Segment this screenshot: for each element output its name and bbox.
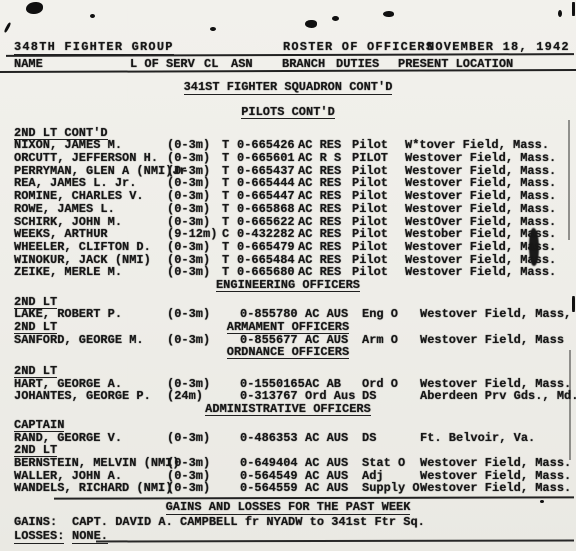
row-serv: (0-3m) xyxy=(167,308,210,321)
row-loc: Westover Field, Mass. xyxy=(405,203,556,216)
row-name: WEEKS, ARTHUR xyxy=(14,228,108,241)
col-header-cl: CL xyxy=(204,57,218,71)
row-serv: (0-3m) xyxy=(167,152,210,165)
row-cl: T xyxy=(222,190,229,203)
row-duty: Pilot xyxy=(352,228,388,241)
row-cl: T xyxy=(222,241,229,254)
row-loc: Westover Field, Mass. xyxy=(405,241,556,254)
section-heading: ORDNANCE OFFICERS xyxy=(227,346,349,359)
row-duty: Supply O xyxy=(362,482,420,495)
row-name: JOHANTES, GEORGE P. xyxy=(14,390,151,403)
row-asn: 0-665868 xyxy=(237,203,295,216)
row-serv: (9-12m) xyxy=(167,228,217,241)
row-duty: Stat O xyxy=(362,457,405,470)
row-serv: (0-3m) xyxy=(167,266,210,279)
roster-row: ORCUTT, JEFFERSON H.(0-3m)T0-665601AC R … xyxy=(0,152,576,165)
row-duty: Pilot xyxy=(352,241,388,254)
row-branch: AC R S xyxy=(298,152,341,165)
row-serv: (24m) xyxy=(167,390,203,403)
row-serv: (0-3m) xyxy=(167,432,210,445)
row-name: ROWE, JAMES L. xyxy=(14,203,115,216)
col-header-asn: ASN xyxy=(231,57,253,71)
row-loc: Westover Field, Mass xyxy=(420,334,564,347)
squadron-heading-line: 341ST FIGHTER SQUADRON CONT'D xyxy=(0,80,576,95)
row-serv: (0-3m) xyxy=(167,482,210,495)
roster-row: ROWE, JAMES L.(0-3m)T0-665868AC RESPilot… xyxy=(0,203,576,216)
ink-speck xyxy=(332,16,339,21)
row-serv: (0-3m) xyxy=(167,334,210,347)
section-heading-line: ADMINISTRATIVE OFFICERS xyxy=(0,403,576,416)
ink-speck xyxy=(210,27,216,31)
roster-row: WEEKS, ARTHUR(9-12m)C0-432282AC RESPilot… xyxy=(0,228,576,241)
row-duty: DS xyxy=(362,432,376,445)
row-duty: Pilot xyxy=(352,203,388,216)
ink-speck xyxy=(305,20,317,28)
row-branch: AC RES xyxy=(298,241,341,254)
row-name: BERNSTEIN, MELVIN (NMI) xyxy=(14,457,180,470)
roster-body: PILOTS CONT'D2ND LT CONT'DNIXON, JAMES M… xyxy=(0,106,576,495)
row-loc: Westober Field, Mass. xyxy=(405,228,556,241)
row-name: SANFORD, GEORGE M. xyxy=(14,334,144,347)
ink-speck xyxy=(383,11,394,17)
row-name: ZEIKE, MERLE M. xyxy=(14,266,122,279)
section-heading-line: PILOTS CONT'D xyxy=(0,106,576,119)
gains-value: CAPT. DAVID A. CAMPBELL fr NYADW to 341s… xyxy=(72,515,425,529)
col-header-serv: L OF SERV xyxy=(130,57,195,71)
row-branch: AC AUS xyxy=(305,457,348,470)
row-loc: Aberdeen Prv Gds., Md. xyxy=(420,390,576,403)
roster-row: WANDELS, RICHARD (NMI)(0-3m)0-564559AC A… xyxy=(0,482,576,495)
section-heading-line: ORDNANCE OFFICERS xyxy=(0,346,576,359)
row-loc: Westover Field, Mass. xyxy=(405,190,556,203)
scanned-roster-page: 348TH FIGHTER GROUP ROSTER OF OFFICERS N… xyxy=(0,0,576,551)
row-asn: 0-564559 xyxy=(240,482,298,495)
losses-label: LOSSES: xyxy=(14,529,64,544)
row-asn: 0-665479 xyxy=(237,241,295,254)
roster-row: RAND, GEORGE V.(0-3m)0-486353AC AUSDSFt.… xyxy=(0,432,576,445)
ink-speck xyxy=(558,10,562,17)
section-heading: ENGINEERING OFFICERS xyxy=(216,279,360,292)
row-serv: (0-3m) xyxy=(167,241,210,254)
row-duty: Eng O xyxy=(362,308,398,321)
column-header-row: NAME L OF SERV CL ASN BRANCH DUTIES PRES… xyxy=(0,57,576,70)
row-asn: 0-432282 xyxy=(237,228,295,241)
section-heading: PILOTS CONT'D xyxy=(241,106,335,119)
row-branch: AC AUS xyxy=(305,482,348,495)
row-name: ORCUTT, JEFFERSON H. xyxy=(14,152,158,165)
row-cl: T xyxy=(222,203,229,216)
row-branch: AC RES xyxy=(298,228,341,241)
row-loc: Westover Field, Mass. xyxy=(420,457,571,470)
row-loc: Westover Field, Mass. xyxy=(405,152,556,165)
col-header-name: NAME xyxy=(14,57,43,71)
roster-row: WHEELER, CLIFTON D.(0-3m)T0-665479AC RES… xyxy=(0,241,576,254)
row-branch: AC RES xyxy=(298,190,341,203)
row-serv: (0-3m) xyxy=(167,457,210,470)
gains-losses-heading-line: GAINS AND LOSSES FOR THE PAST WEEK xyxy=(0,500,576,514)
row-cl: T xyxy=(222,152,229,165)
squadron-heading: 341ST FIGHTER SQUADRON CONT'D xyxy=(184,80,393,95)
gains-losses-heading: GAINS AND LOSSES FOR THE PAST WEEK xyxy=(166,500,411,515)
rank-heading-line: 2ND LT xyxy=(0,444,576,457)
row-duty: Pilot xyxy=(352,190,388,203)
row-serv: (0-3m) xyxy=(167,203,210,216)
group-title: 348TH FIGHTER GROUP xyxy=(14,40,174,55)
row-asn: 0-486353 xyxy=(240,432,298,445)
rank-heading: CAPTAIN xyxy=(14,419,64,432)
roster-row: BERNSTEIN, MELVIN (NMI)(0-3m)0-649404AC … xyxy=(0,457,576,470)
row-asn: 0-649404 xyxy=(240,457,298,470)
row-loc: Westover Field, Mass. xyxy=(405,266,556,279)
title-bar: 348TH FIGHTER GROUP ROSTER OF OFFICERS N… xyxy=(0,40,576,54)
row-loc: Westover Field, Mass, xyxy=(420,308,571,321)
row-cl: C xyxy=(222,228,229,241)
row-serv: (0-3m) xyxy=(167,190,210,203)
gains-label: GAINS: xyxy=(14,515,57,529)
section-heading: ADMINISTRATIVE OFFICERS xyxy=(205,403,371,416)
rank-heading-line: CAPTAIN xyxy=(0,419,576,432)
row-duty: Arm O xyxy=(362,334,398,347)
row-branch: AC RES xyxy=(298,203,341,216)
row-name: WANDELS, RICHARD (NMI) xyxy=(14,482,172,495)
ink-speck xyxy=(90,14,95,18)
ink-speck xyxy=(26,2,43,14)
roster-row: ROMINE, CHARLES V.(0-3m)T0-665447AC RESP… xyxy=(0,190,576,203)
row-duty: PILOT xyxy=(352,152,388,165)
row-loc: Ft. Belvoir, Va. xyxy=(420,432,535,445)
ink-speck xyxy=(4,22,12,33)
row-branch: AC AUS xyxy=(305,432,348,445)
row-asn: 0-665447 xyxy=(237,190,295,203)
row-name: WHEELER, CLIFTON D. xyxy=(14,241,151,254)
rank-and-section-line: 2ND LTARMAMENT OFFICERS xyxy=(0,321,576,334)
row-loc: Westover Field, Mass. xyxy=(420,482,571,495)
ink-speck xyxy=(572,2,575,16)
section-heading-line: ENGINEERING OFFICERS xyxy=(0,279,576,292)
rank-heading-line: 2ND LT xyxy=(0,365,576,378)
row-name: ROMINE, CHARLES V. xyxy=(14,190,144,203)
horizontal-rule xyxy=(54,496,574,499)
gains-line: GAINS: CAPT. DAVID A. CAMPBELL fr NYADW … xyxy=(0,515,576,528)
row-asn: 0-665601 xyxy=(237,152,295,165)
